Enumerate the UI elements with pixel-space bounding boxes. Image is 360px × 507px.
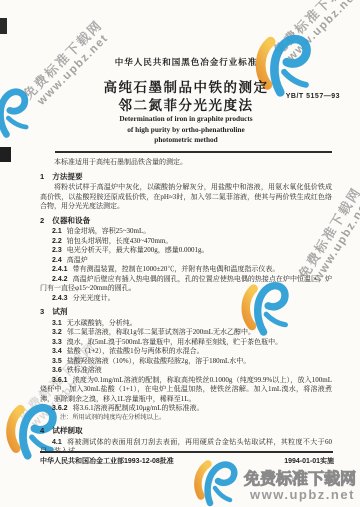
- scan-artifact: [0, 147, 11, 162]
- standard-number: YB/T 5157—93: [286, 93, 340, 100]
- clause-number: 3.1: [52, 320, 62, 327]
- body-item: 2.4.3分光光度计。: [40, 294, 332, 304]
- clause-text: 电光分析天平，最大称量200g，感量0.0001g。: [67, 246, 209, 254]
- clause-number: 3.6.1: [52, 377, 68, 384]
- body-item: 2.3电光分析天平，最大称量200g，感量0.0001g。: [40, 246, 332, 256]
- clause-text: 将3.6.1溶液再配制成10μg/mL的铁标准液。: [73, 404, 204, 412]
- page-number: 345: [290, 476, 299, 482]
- body-para: 本标准适用于高纯石墨制品铁含量的测定。: [40, 158, 332, 168]
- clause-text: 浓度为0.1mg/mL溶液的配制，称取高纯铁丝0.1000g（纯度99.9%以上…: [40, 376, 332, 403]
- scan-artifact: [0, 18, 7, 34]
- watermark-site-name-large: 免费标准下载网: [244, 466, 356, 489]
- body-item: 4.1将被测试体的表面用刮刀刮去表面，再用硬质合金钻头钻取试样，其粒度不大于60…: [40, 438, 332, 453]
- clause-number: 3.3: [52, 339, 62, 346]
- upbz-logo-icon: [186, 457, 244, 507]
- clause-text: 盐酸羟胺溶液（10%），称取盐酸羟胺2g，溶于180mL水中。: [67, 357, 251, 365]
- body-item: 2.4.2高温炉后壁应有插入热电偶的圆孔，孔的位置应使热电偶的热接点在炉中恒温区…: [40, 275, 332, 294]
- clause-text: 分光光度计。: [73, 294, 115, 302]
- watermark-stamp-top-right: 免费标准下载网 www.upbz.net: [251, 0, 360, 88]
- section-heading: 3试剂: [40, 307, 332, 317]
- body-para: 将粉状试样于高温炉中灰化，以碳酸钠分解灰分，用盐酸中和溶液，用氨水氧化低价铁成高…: [40, 183, 332, 212]
- body-item: 3.3溴水，取5mL溴于500mL容量瓶中，用水稀释至刻线，贮于茶色瓶中。: [40, 338, 332, 348]
- english-title-line1: Determination of iron in graphite produc…: [40, 114, 332, 125]
- english-title: Determination of iron in graphite produc…: [40, 114, 332, 146]
- english-title-line3: photometric method: [40, 135, 332, 146]
- document-body: 本标准适用于高纯石墨制品铁含量的测定。1方法提要将粉状试样于高温炉中灰化，以碳酸…: [40, 158, 332, 452]
- clause-number: 3.4: [52, 348, 62, 355]
- clause-text: 方法提要: [52, 172, 82, 181]
- clause-text: 试剂: [52, 307, 67, 316]
- clause-text: 溴水，取5mL溴于500mL容量瓶中，用水稀释至刻线，贮于茶色瓶中。: [67, 338, 282, 346]
- approval-statement: 中华人民共和国冶金工业部1993-12-08批准: [40, 456, 174, 466]
- clause-number: 2.3: [52, 247, 62, 254]
- body-item: 2.1铂金坩埚，容积25~30mL。: [40, 227, 332, 237]
- clause-number: 2.1: [52, 228, 62, 235]
- clause-number: 2.4.3: [52, 295, 68, 302]
- english-title-line2: of high purity by ortho-phenathroline: [40, 125, 332, 136]
- watermark-site-url-large: www.upbz.net: [250, 487, 355, 502]
- clause-text: 铂包头坩埚钳，长度430~470mm。: [67, 237, 173, 245]
- clause-text: 铂金坩埚，容积25~30mL。: [67, 227, 151, 235]
- clause-text: 将被测试体的表面用刮刀刮去表面，再用硬质合金钻头钻取试样，其粒度不大于60目，装…: [40, 438, 332, 453]
- clause-number: 3.6.2: [52, 405, 68, 412]
- body-item: 3.1无水碳酸钠，分析纯。: [40, 319, 332, 329]
- body-item: 3.6.2将3.6.1溶液再配制成10μg/mL的铁标准液。: [40, 404, 332, 414]
- clause-text: 带有测温装置，控制在1000±20℃，并附有热电偶和温度指示仪表。: [73, 265, 280, 273]
- body-item: 3.2邻二氮菲溶液，称取1g邻二氮菲试剂溶于200mL无水乙醇中。: [40, 328, 332, 338]
- clause-number: 2.4: [52, 257, 62, 264]
- section-heading: 4试样制取: [40, 426, 332, 436]
- clause-number: 4.1: [52, 439, 62, 446]
- clause-text: 无水碳酸钠，分析纯。: [67, 319, 137, 327]
- body-item: 3.4盐酸（1+2），浓盐酸1份与两体积的水混合。: [40, 347, 332, 357]
- body-item: 3.5盐酸羟胺溶液（10%），称取盐酸羟胺2g，溶于180mL水中。: [40, 357, 332, 367]
- document-page: 免费标准下载网 www.upbz.net 免费标准下载网 www.upbz.ne…: [0, 0, 360, 507]
- body-item: 2.2铂包头坩埚钳，长度430~470mm。: [40, 237, 332, 247]
- clause-number: 1: [40, 172, 44, 181]
- watermark-site-url: www.upbz.net: [262, 0, 360, 88]
- footer-divider-rule: [40, 451, 333, 453]
- body-note: 注：所用试剂的纯度均在分析纯以上。: [40, 414, 332, 423]
- body-item: 2.4高温炉: [40, 256, 332, 266]
- body-item: 3.6.1浓度为0.1mg/mL溶液的配制，称取高纯铁丝0.1000g（纯度99…: [40, 376, 332, 405]
- section-heading: 2仪器和设备: [40, 216, 332, 226]
- clause-number: 2.4.1: [52, 266, 68, 273]
- clause-text: 仪器和设备: [52, 216, 90, 225]
- clause-text: 盐酸（1+2），浓盐酸1份与两体积的水混合。: [67, 347, 204, 355]
- clause-number: 4: [40, 426, 44, 435]
- clause-number: 2.2: [52, 238, 62, 245]
- clause-number: 3.2: [52, 329, 62, 336]
- section-heading: 1方法提要: [40, 172, 332, 182]
- clause-number: 3.5: [52, 358, 62, 365]
- clause-number: 2.4.2: [52, 276, 68, 283]
- clause-text: 铁标准溶液: [67, 366, 102, 374]
- clause-number: 3: [40, 307, 44, 316]
- body-item: 2.4.1带有测温装置，控制在1000±20℃，并附有热电偶和温度指示仪表。: [40, 265, 332, 275]
- clause-text: 高温炉: [67, 256, 88, 264]
- upbz-logo-icon: [0, 81, 41, 144]
- clause-text: 试样制取: [52, 426, 82, 435]
- clause-number: 3.6: [52, 367, 62, 374]
- standard-type-heading: 中华人民共和国黑色冶金行业标准: [40, 56, 332, 68]
- body-item: 3.6铁标准溶液: [40, 366, 332, 376]
- implementation-date: 1994-01-01实施: [284, 456, 334, 466]
- header-divider-rule: [55, 151, 332, 153]
- clause-text: 邻二氮菲溶液，称取1g邻二氮菲试剂溶于200mL无水乙醇中。: [67, 328, 255, 336]
- clause-text: 高温炉后壁应有插入热电偶的圆孔，孔的位置应使热电偶的热接点在炉中恒温区，炉门有一…: [40, 275, 332, 293]
- clause-number: 2: [40, 216, 44, 225]
